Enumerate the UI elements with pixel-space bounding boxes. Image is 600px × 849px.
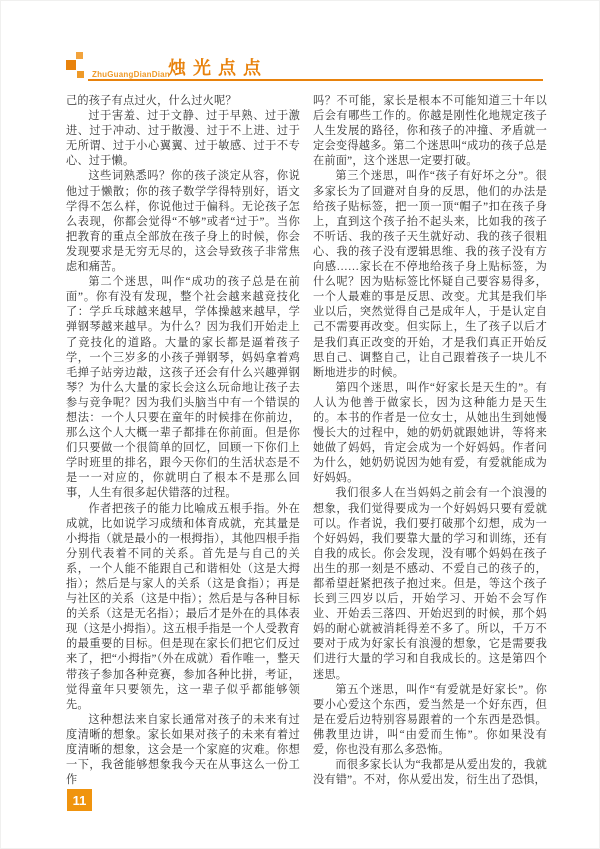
section-title: 烛光点点: [168, 54, 268, 80]
paragraph: 己的孩子有点过火，什么过火呢？: [66, 94, 300, 109]
brand-logo-icon: [66, 52, 86, 80]
logo-square-icon: [77, 71, 84, 78]
paragraph: 过于害羞、过于文静、过于早熟、过于激进、过于冲动、过于散漫、过于不上进、过于无所…: [66, 109, 300, 169]
header-rule: [88, 79, 543, 81]
paragraph: 第五个迷思，叫作“有爱就是好家长”。你要小心爱这个东西，爱当然是一个好东西，但是…: [313, 683, 547, 758]
article-body: 己的孩子有点过火，什么过火呢？ 过于害羞、过于文静、过于早熟、过于激进、过于冲动…: [66, 94, 547, 789]
paragraph: 第三个迷思，叫作“孩子有好坏之分”。很多家长为了回避对自身的反思，他们的办法是给…: [313, 169, 547, 380]
paragraph: 而很多家长认为“我都是从爱出发的，我就没有错”。不对，你从爱出发，衍生出了恐惧，: [313, 758, 547, 788]
left-column: 己的孩子有点过火，什么过火呢？ 过于害羞、过于文静、过于早熟、过于激进、过于冲动…: [66, 94, 300, 789]
paragraph: 这种想法来自家长通常对孩子的未来有过度清晰的想象。家长如果对孩子的未来有着过度清…: [66, 713, 300, 788]
logo-square-icon: [66, 60, 76, 70]
page-header: ZhuGuangDianDian 烛光点点: [66, 48, 543, 82]
paragraph: 第二个迷思，叫作“成功的孩子总是在前面”。你有没有发现，整个社会越来越竞技化了：…: [66, 275, 300, 501]
paragraph: 第四个迷思，叫作“好家长是天生的”。有人认为他善于做家长，因为这种能力是天生的。…: [313, 381, 547, 487]
right-column: 吗？不可能，家长是根本不可能知道三十年以后会有哪些工作的。你越是刚性化地规定孩子…: [313, 94, 547, 789]
paragraph: 我们很多人在当妈妈之前会有一个浪漫的想象，我们觉得要成为一个好妈妈只要有爱就可以…: [313, 486, 547, 682]
brand-pinyin-label: ZhuGuangDianDian: [92, 70, 170, 79]
logo-square-icon: [76, 52, 83, 59]
paragraph: 吗？不可能，家长是根本不可能知道三十年以后会有哪些工作的。你越是刚性化地规定孩子…: [313, 94, 547, 169]
paragraph: 这些词熟悉吗？你的孩子淡定从容，你说他过于懒散；你的孩子数学学得特别好，语文学得…: [66, 169, 300, 275]
paragraph: 作者把孩子的能力比喻成五根手指。外在成就，比如说学习成绩和体育成就，充其量是小拇…: [66, 502, 300, 713]
magazine-page: ZhuGuangDianDian 烛光点点 己的孩子有点过火，什么过火呢？ 过于…: [0, 0, 600, 849]
page-number-badge: 11: [67, 789, 92, 811]
